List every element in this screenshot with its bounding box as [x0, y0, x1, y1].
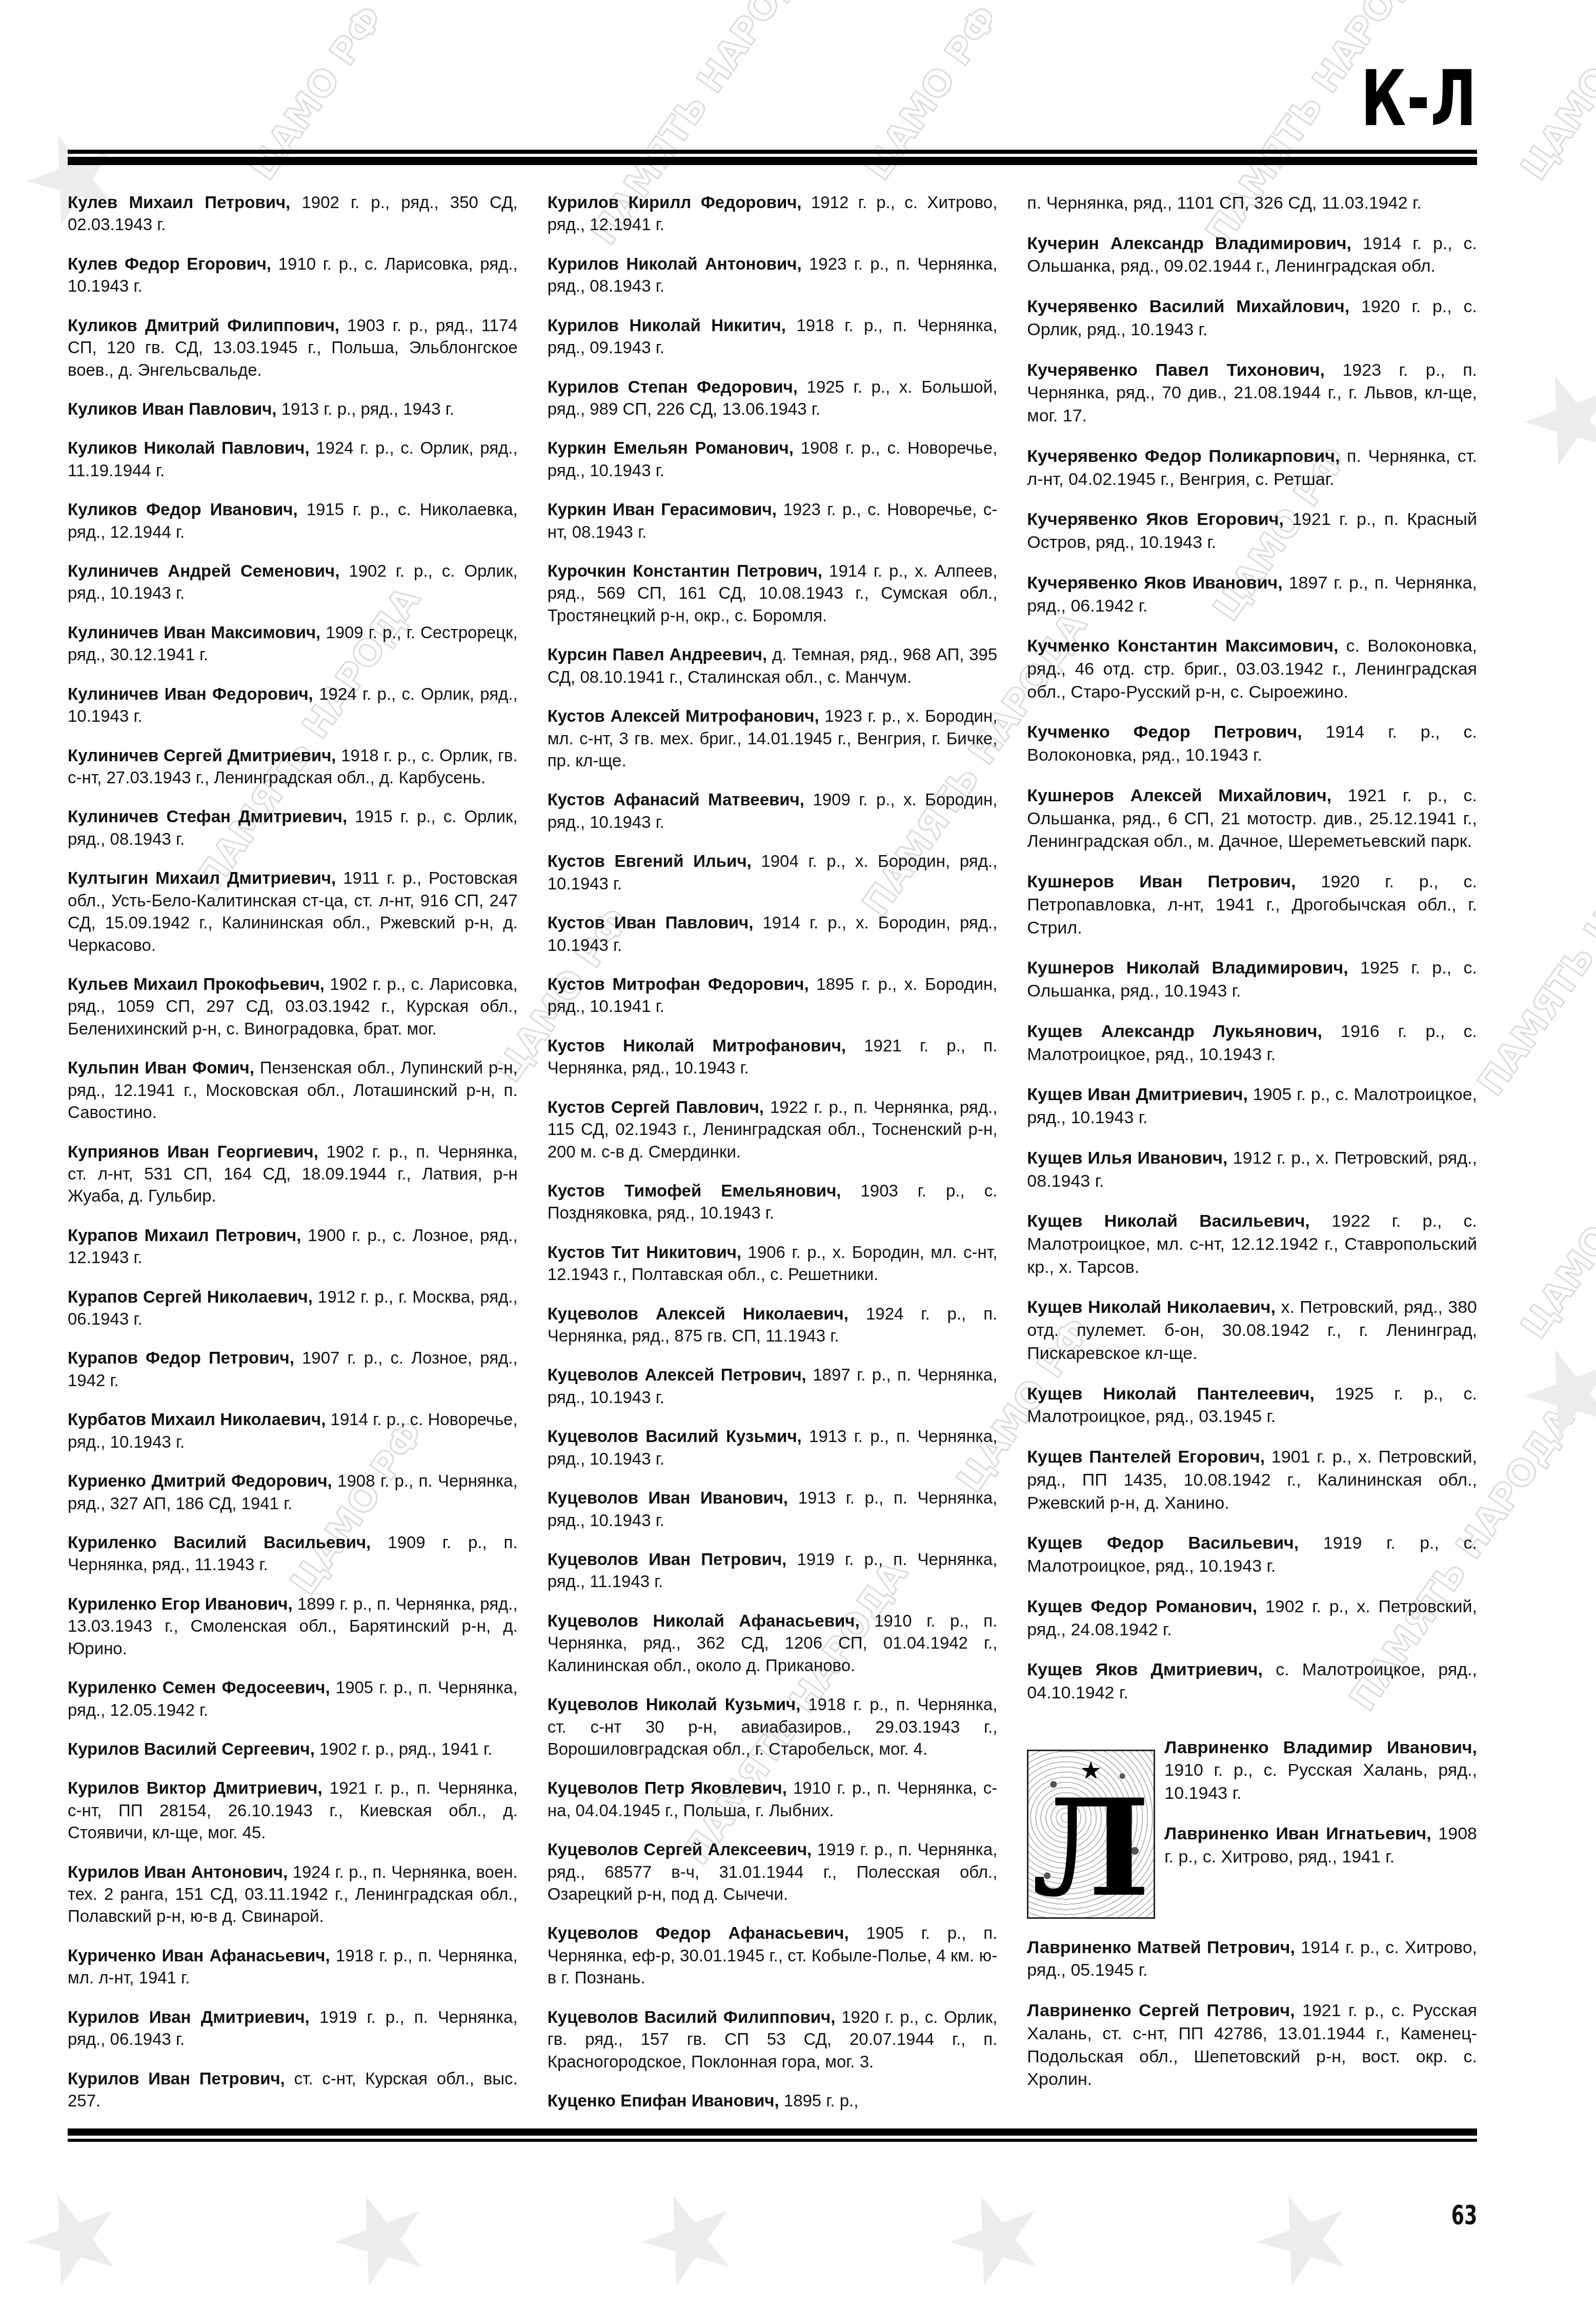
entry-name: Кущев Яков Дмитриевич, — [1027, 1660, 1263, 1679]
entry-name: Куцеволов Иван Иванович, — [548, 1488, 788, 1507]
list-entry: Лавриненко Иван Игнатьевич, 1908 г. р., … — [1164, 1822, 1477, 1868]
list-entry: Лавриненко Матвей Петрович, 1914 г. р., … — [1027, 1936, 1477, 1982]
entry-name: Кушнеров Алексей Михайлович, — [1027, 786, 1331, 805]
list-entry: Кучерявенко Федор Поликарпович, п. Черня… — [1027, 445, 1477, 491]
letter-l-section: ★ Л Лавриненко Владимир Иванович, 1910 г… — [1027, 1719, 1477, 1919]
list-entry: Куликов Иван Павлович, 1913 г. р., ряд.,… — [68, 398, 518, 420]
list-entry: Кучменко Федор Петрович, 1914 г. р., с. … — [1027, 721, 1477, 766]
entry-name: Кучерявенко Яков Иванович, — [1027, 573, 1282, 593]
list-entry: Куцеволов Федор Афанасьевич, 1905 г. р.,… — [548, 1922, 998, 1989]
list-entry: Кульпин Иван Фомич, Пензенская обл., Луп… — [68, 1057, 518, 1123]
entry-name: Кустов Митрофан Федорович, — [548, 975, 809, 993]
entry-name: Кульпин Иван Фомич, — [68, 1058, 254, 1077]
entry-name: Куликов Федор Иванович, — [68, 500, 298, 519]
entry-name: Куриленко Егор Иванович, — [68, 1594, 293, 1613]
list-entry: Куриленко Василий Васильевич, 1909 г. р.… — [68, 1531, 518, 1576]
watermark-star-icon: ★ — [311, 2164, 451, 2311]
list-entry: Куприянов Иван Георгиевич, 1902 г. р., п… — [68, 1141, 518, 1207]
list-entry: Кущев Николай Николаевич, х. Петровский,… — [1027, 1296, 1477, 1365]
entry-name: Куценко Епифан Иванович, — [548, 2091, 779, 2110]
list-entry: Кулиничев Иван Федорович, 1924 г. р., с.… — [68, 683, 518, 727]
list-entry: Курилов Виктор Дмитриевич, 1921 г. р., п… — [68, 1777, 518, 1843]
entry-name: Курилов Степан Федорович, — [548, 377, 798, 396]
entry-name: Курилов Иван Петрович, — [68, 2069, 285, 2088]
list-entry: Курапов Федор Петрович, 1907 г. р., с. Л… — [68, 1347, 518, 1391]
list-entry: Кустов Алексей Митрофанович, 1923 г. р.,… — [548, 705, 998, 772]
entry-name: Кустов Иван Павлович, — [548, 913, 754, 932]
entry-name: Кушнеров Иван Петрович, — [1027, 872, 1296, 891]
list-entry: Кущев Николай Пантелеевич, 1925 г. р., с… — [1027, 1383, 1477, 1428]
entry-details: п. Чернянка, ряд., 1101 СП, 326 СД, 11.0… — [1027, 193, 1421, 213]
entry-name: Кущев Иван Дмитриевич, — [1027, 1085, 1248, 1104]
list-entry: Курочкин Константин Петрович, 1914 г. р.… — [548, 560, 998, 626]
list-entry: Куриленко Семен Федосеевич, 1905 г. р., … — [68, 1676, 518, 1721]
list-entry: Кущев Иван Дмитриевич, 1905 г. р., с. Ма… — [1027, 1083, 1477, 1129]
entry-name: Курилов Кирилл Федорович, — [548, 193, 802, 212]
list-entry: Кустов Евгений Ильич, 1904 г. р., х. Бор… — [548, 850, 998, 895]
list-entry: Кустов Тит Никитович, 1906 г. р., х. Бор… — [548, 1241, 998, 1286]
list-entry: Курапов Сергей Николаевич, 1912 г. р., г… — [68, 1286, 518, 1330]
list-entry: Куцеволов Иван Иванович, 1913 г. р., п. … — [548, 1487, 998, 1531]
list-entry: Курилов Степан Федорович, 1925 г. р., х.… — [548, 376, 998, 420]
list-entry: Куцеволов Николай Афанасьевич, 1910 г. р… — [548, 1610, 998, 1676]
list-entry: Куцеволов Василий Кузьмич, 1913 г. р., п… — [548, 1425, 998, 1470]
list-entry: Куцеволов Алексей Николаевич, 1924 г. р.… — [548, 1303, 998, 1347]
list-entry: Куценко Епифан Иванович, 1895 г. р., — [548, 2090, 998, 2112]
list-entry: Куриченко Иван Афанасьевич, 1918 г. р., … — [68, 1944, 518, 1989]
ornamental-drop-cap: ★ Л — [1027, 1750, 1155, 1919]
list-entry: Кущев Федор Васильевич, 1919 г. р., с. М… — [1027, 1532, 1477, 1577]
list-entry: Курилов Кирилл Федорович, 1912 г. р., с.… — [548, 191, 998, 236]
watermark-text: ПАМЯТЬ НАРОДА — [1469, 784, 1596, 1103]
entry-name: Кущев Илья Иванович, — [1027, 1148, 1227, 1168]
list-entry: Куликов Федор Иванович, 1915 г. р., с. Н… — [68, 498, 518, 543]
entry-name: Кущев Александр Лукьянович, — [1027, 1022, 1322, 1041]
entry-name: Куркин Емельян Романович, — [548, 438, 794, 457]
entry-name: Куцеволов Федор Афанасьевич, — [548, 1923, 849, 1942]
entry-name: Кучерявенко Василий Михайлович, — [1027, 297, 1349, 316]
entry-name: Курилов Иван Дмитриевич, — [68, 2007, 310, 2026]
list-entry: Кущев Илья Иванович, 1912 г. р., х. Петр… — [1027, 1147, 1477, 1192]
entry-details: 1895 г. р., — [779, 2091, 859, 2110]
entry-name: Кулев Михаил Петрович, — [68, 193, 290, 212]
entry-name: Кучменко Федор Петрович, — [1027, 722, 1302, 742]
entry-name: Кустов Алексей Митрофанович, — [548, 706, 819, 725]
entry-name: Кулиничев Стефан Дмитриевич, — [68, 807, 347, 826]
list-entry: Кустов Тимофей Емельянович, 1903 г. р., … — [548, 1180, 998, 1224]
list-entry: Кущев Яков Дмитриевич, с. Малотроицкое, … — [1027, 1658, 1477, 1704]
list-entry: Куликов Дмитрий Филиппович, 1903 г. р., … — [68, 314, 518, 381]
entry-name: Курсин Павел Андреевич, — [548, 645, 767, 664]
list-entry: Курилов Иван Петрович, ст. с-нт, Курская… — [68, 2067, 518, 2112]
entry-name: Кущев Николай Васильевич, — [1027, 1211, 1309, 1231]
column-3-after-entries: Лавриненко Матвей Петрович, 1914 г. р., … — [1027, 1936, 1477, 2091]
entry-name: Кулиничев Иван Максимович, — [68, 623, 320, 642]
entry-name: Куцеволов Николай Афанасьевич, — [548, 1611, 860, 1630]
list-entry: Куцеволов Николай Кузьмич, 1918 г. р., п… — [548, 1693, 998, 1760]
entry-name: Курилов Николай Никитич, — [548, 316, 786, 335]
list-entry: Кулиничев Сергей Дмитриевич, 1918 г. р.,… — [68, 744, 518, 789]
list-entry: Лавриненко Владимир Иванович, 1910 г. р.… — [1164, 1736, 1477, 1805]
entry-name: Куриенко Дмитрий Федорович, — [68, 1471, 332, 1490]
entry-name: Куриченко Иван Афанасьевич, — [68, 1946, 330, 1965]
entry-name: Кучерин Александр Владимирович, — [1027, 234, 1351, 253]
list-entry: п. Чернянка, ряд., 1101 СП, 326 СД, 11.0… — [1027, 192, 1477, 215]
list-entry: Кучерявенко Василий Михайлович, 1920 г. … — [1027, 295, 1477, 341]
watermark-star-icon: ★ — [4, 2164, 143, 2311]
memorial-list-columns: Кулев Михаил Петрович, 1902 г. р., ряд.,… — [68, 174, 1477, 2117]
entry-name: Кучерявенко Павел Тихонович, — [1027, 360, 1325, 380]
entry-name: Курапов Михаил Петрович, — [68, 1226, 301, 1245]
list-entry: Кустов Николай Митрофанович, 1921 г. р.,… — [548, 1035, 998, 1079]
entry-name: Кущев Николай Пантелеевич, — [1027, 1384, 1315, 1404]
list-entry: Курилов Иван Дмитриевич, 1919 г. р., п. … — [68, 2006, 518, 2051]
list-entry: Куцеволов Сергей Алексеевич, 1919 г. р.,… — [548, 1838, 998, 1905]
entry-name: Куцеволов Иван Петрович, — [548, 1550, 787, 1569]
list-entry: Кулев Федор Егорович, 1910 г. р., с. Лар… — [68, 253, 518, 297]
entry-name: Кустов Тимофей Емельянович, — [548, 1181, 841, 1200]
watermark-star-icon: ★ — [1501, 1319, 1596, 1466]
list-entry: Куцеволов Петр Яковлевич, 1910 г. р., п.… — [548, 1777, 998, 1821]
list-entry: Куцеволов Алексей Петрович, 1897 г. р., … — [548, 1364, 998, 1408]
entry-name: Лавриненко Матвей Петрович, — [1027, 1938, 1295, 1957]
entry-name: Лавриненко Иван Игнатьевич, — [1164, 1824, 1431, 1843]
list-entry: Кучерявенко Павел Тихонович, 1923 г. р.,… — [1027, 359, 1477, 428]
entry-name: Кулев Федор Егорович, — [68, 254, 271, 273]
watermark-text: ЦАМО РФ — [1512, 1157, 1596, 1346]
list-entry: Курилов Николай Никитич, 1918 г. р., п. … — [548, 314, 998, 359]
entry-name: Курилов Виктор Дмитриевич, — [68, 1778, 322, 1797]
entry-name: Куриленко Василий Васильевич, — [68, 1533, 371, 1552]
entry-name: Куликов Дмитрий Филиппович, — [68, 316, 339, 335]
entry-name: Куркин Иван Герасимович, — [548, 500, 777, 519]
entry-name: Курилов Василий Сергеевич, — [68, 1739, 315, 1758]
list-entry: Кулиничев Андрей Семенович, 1902 г. р., … — [68, 560, 518, 604]
entry-name: Куцеволов Василий Филиппович, — [548, 2007, 836, 2026]
entry-name: Курочкин Константин Петрович, — [548, 561, 822, 580]
entry-name: Курапов Сергей Николаевич, — [68, 1287, 313, 1306]
entry-name: Куцеволов Сергей Алексеевич, — [548, 1840, 812, 1859]
list-entry: Курилов Николай Антонович, 1923 г. р., п… — [548, 253, 998, 297]
entry-name: Куликов Николай Павлович, — [68, 438, 310, 457]
entry-name: Кулиничев Сергей Дмитриевич, — [68, 746, 336, 765]
list-entry: Кулиничев Иван Максимович, 1909 г. р., г… — [68, 621, 518, 666]
entry-details: 1910 г. р., с. Русская Халань, ряд., 10.… — [1164, 1760, 1477, 1803]
entry-name: Кулиничев Андрей Семенович, — [68, 561, 339, 580]
entry-name: Култыгин Михаил Дмитриевич, — [68, 868, 336, 887]
entry-name: Курапов Федор Петрович, — [68, 1348, 294, 1367]
entry-name: Кучменко Константин Максимович, — [1027, 636, 1338, 656]
entry-details: 1913 г. р., ряд., 1943 г. — [277, 399, 454, 418]
list-entry: Кущев Николай Васильевич, 1922 г. р., с.… — [1027, 1210, 1477, 1279]
watermark-star-icon: ★ — [1501, 344, 1596, 492]
list-entry: Кушнеров Алексей Михайлович, 1921 г. р.,… — [1027, 784, 1477, 853]
entry-name: Кучерявенко Федор Поликарпович, — [1027, 447, 1340, 466]
entry-name: Куцеволов Алексей Петрович, — [548, 1365, 806, 1384]
list-entry: Кустов Иван Павлович, 1914 г. р., х. Бор… — [548, 911, 998, 956]
entry-name: Курилов Иван Антонович, — [68, 1862, 288, 1881]
list-entry: Куриенко Дмитрий Федорович, 1908 г. р., … — [68, 1470, 518, 1514]
entry-name: Кустов Тит Никитович, — [548, 1243, 741, 1262]
drop-cap-letter: Л — [1028, 1782, 1154, 1915]
list-entry: Кулиничев Стефан Дмитриевич, 1915 г. р.,… — [68, 805, 518, 850]
list-entry: Куцеволов Иван Петрович, 1919 г. р., п. … — [548, 1548, 998, 1593]
list-entry: Кустов Афанасий Матвеевич, 1909 г. р., х… — [548, 788, 998, 833]
column-2: Курилов Кирилл Федорович, 1912 г. р., с.… — [548, 174, 998, 2117]
entry-name: Курбатов Михаил Николаевич, — [68, 1410, 326, 1429]
list-entry: Кулев Михаил Петрович, 1902 г. р., ряд.,… — [68, 191, 518, 236]
entry-name: Куцеволов Василий Кузьмич, — [548, 1427, 802, 1446]
entry-name: Кущев Федор Романович, — [1027, 1597, 1257, 1616]
list-entry: Кушнеров Иван Петрович, 1920 г. р., с. П… — [1027, 870, 1477, 939]
watermark-star-icon: ★ — [619, 2164, 758, 2311]
entry-name: Куцеволов Николай Кузьмич, — [548, 1695, 801, 1714]
page-number: 63 — [1451, 2200, 1477, 2231]
entry-name: Кустов Николай Митрофанович, — [548, 1036, 846, 1055]
entry-name: Кущев Николай Николаевич, — [1027, 1297, 1276, 1317]
entry-name: Кущев Федор Васильевич, — [1027, 1533, 1299, 1553]
list-entry: Кульев Михаил Прокофьевич, 1902 г. р., с… — [68, 973, 518, 1040]
list-entry: Кучменко Константин Максимович, с. Волок… — [1027, 635, 1477, 703]
list-entry: Куликов Николай Павлович, 1924 г. р., с.… — [68, 437, 518, 481]
entry-details: 1902 г. р., ряд., 1941 г. — [315, 1739, 492, 1758]
entry-name: Кустов Афанасий Матвеевич, — [548, 790, 804, 809]
entry-name: Кустов Евгений Ильич, — [548, 851, 752, 870]
column-1: Кулев Михаил Петрович, 1902 г. р., ряд.,… — [68, 174, 518, 2117]
entry-name: Курилов Николай Антонович, — [548, 254, 802, 273]
watermark-star-icon: ★ — [1234, 2164, 1373, 2311]
list-entry: Курилов Василий Сергеевич, 1902 г. р., р… — [68, 1738, 518, 1760]
drop-cap-entries: Лавриненко Владимир Иванович, 1910 г. р.… — [1164, 1719, 1477, 1870]
section-letters-heading: К-Л — [1361, 60, 1477, 137]
list-entry: Култыгин Михаил Дмитриевич, 1911 г. р., … — [68, 867, 518, 956]
list-entry: Кучерявенко Яков Иванович, 1897 г. р., п… — [1027, 572, 1477, 617]
entry-name: Кучерявенко Яков Егорович, — [1027, 510, 1284, 529]
list-entry: Кустов Митрофан Федорович, 1895 г. р., х… — [548, 973, 998, 1018]
entry-name: Куцеволов Алексей Николаевич, — [548, 1304, 848, 1323]
entry-name: Куприянов Иван Георгиевич, — [68, 1142, 318, 1161]
list-entry: Куриленко Егор Иванович, 1899 г. р., п. … — [68, 1593, 518, 1659]
list-entry: Кучерин Александр Владимирович, 1914 г. … — [1027, 232, 1477, 278]
list-entry: Кустов Сергей Павлович, 1922 г. р., п. Ч… — [548, 1096, 998, 1163]
entry-name: Куцеволов Петр Яковлевич, — [548, 1778, 787, 1797]
top-rule-thick — [68, 157, 1477, 165]
entry-name: Кустов Сергей Павлович, — [548, 1098, 764, 1117]
list-entry: Курсин Павел Андреевич, д. Темная, ряд.,… — [548, 643, 998, 688]
entry-name: Лавриненко Владимир Иванович, — [1164, 1738, 1477, 1757]
list-entry: Кучерявенко Яков Егорович, 1921 г. р., п… — [1027, 508, 1477, 554]
bottom-rule-thin — [68, 2139, 1477, 2142]
bottom-rule-thick — [68, 2128, 1477, 2136]
entry-name: Кушнеров Николай Владимирович, — [1027, 958, 1348, 978]
entry-name: Куликов Иван Павлович, — [68, 399, 277, 418]
entry-name: Кульев Михаил Прокофьевич, — [68, 975, 325, 993]
list-entry: Куцеволов Василий Филиппович, 1920 г. р.… — [548, 2006, 998, 2073]
column-3: п. Чернянка, ряд., 1101 СП, 326 СД, 11.0… — [1027, 174, 1477, 2117]
watermark-text: ЦАМО РФ — [1512, 0, 1596, 188]
list-entry: Лавриненко Сергей Петрович, 1921 г. р., … — [1027, 1999, 1477, 2091]
watermark-star-icon: ★ — [926, 2164, 1066, 2311]
list-entry: Куркин Емельян Романович, 1908 г. р., с.… — [548, 437, 998, 481]
list-entry: Кушнеров Николай Владимирович, 1925 г. р… — [1027, 957, 1477, 1002]
list-entry: Курилов Иван Антонович, 1924 г. р., п. Ч… — [68, 1861, 518, 1928]
list-entry: Кущев Пантелей Егорович, 1901 г. р., х. … — [1027, 1446, 1477, 1514]
list-entry: Кущев Александр Лукьянович, 1916 г. р., … — [1027, 1020, 1477, 1066]
entry-name: Кущев Пантелей Егорович, — [1027, 1447, 1265, 1467]
list-entry: Кущев Федор Романович, 1902 г. р., х. Пе… — [1027, 1595, 1477, 1641]
list-entry: Курбатов Михаил Николаевич, 1914 г. р., … — [68, 1408, 518, 1453]
top-rule-thin — [68, 150, 1477, 154]
column-3-entries: п. Чернянка, ряд., 1101 СП, 326 СД, 11.0… — [1027, 192, 1477, 1705]
entry-name: Лавриненко Сергей Петрович, — [1027, 2001, 1295, 2020]
list-entry: Куркин Иван Герасимович, 1923 г. р., с. … — [548, 498, 998, 543]
entry-name: Куриленко Семен Федосеевич, — [68, 1678, 330, 1697]
list-entry: Курапов Михаил Петрович, 1900 г. р., с. … — [68, 1224, 518, 1269]
entry-name: Кулиничев Иван Федорович, — [68, 684, 313, 703]
